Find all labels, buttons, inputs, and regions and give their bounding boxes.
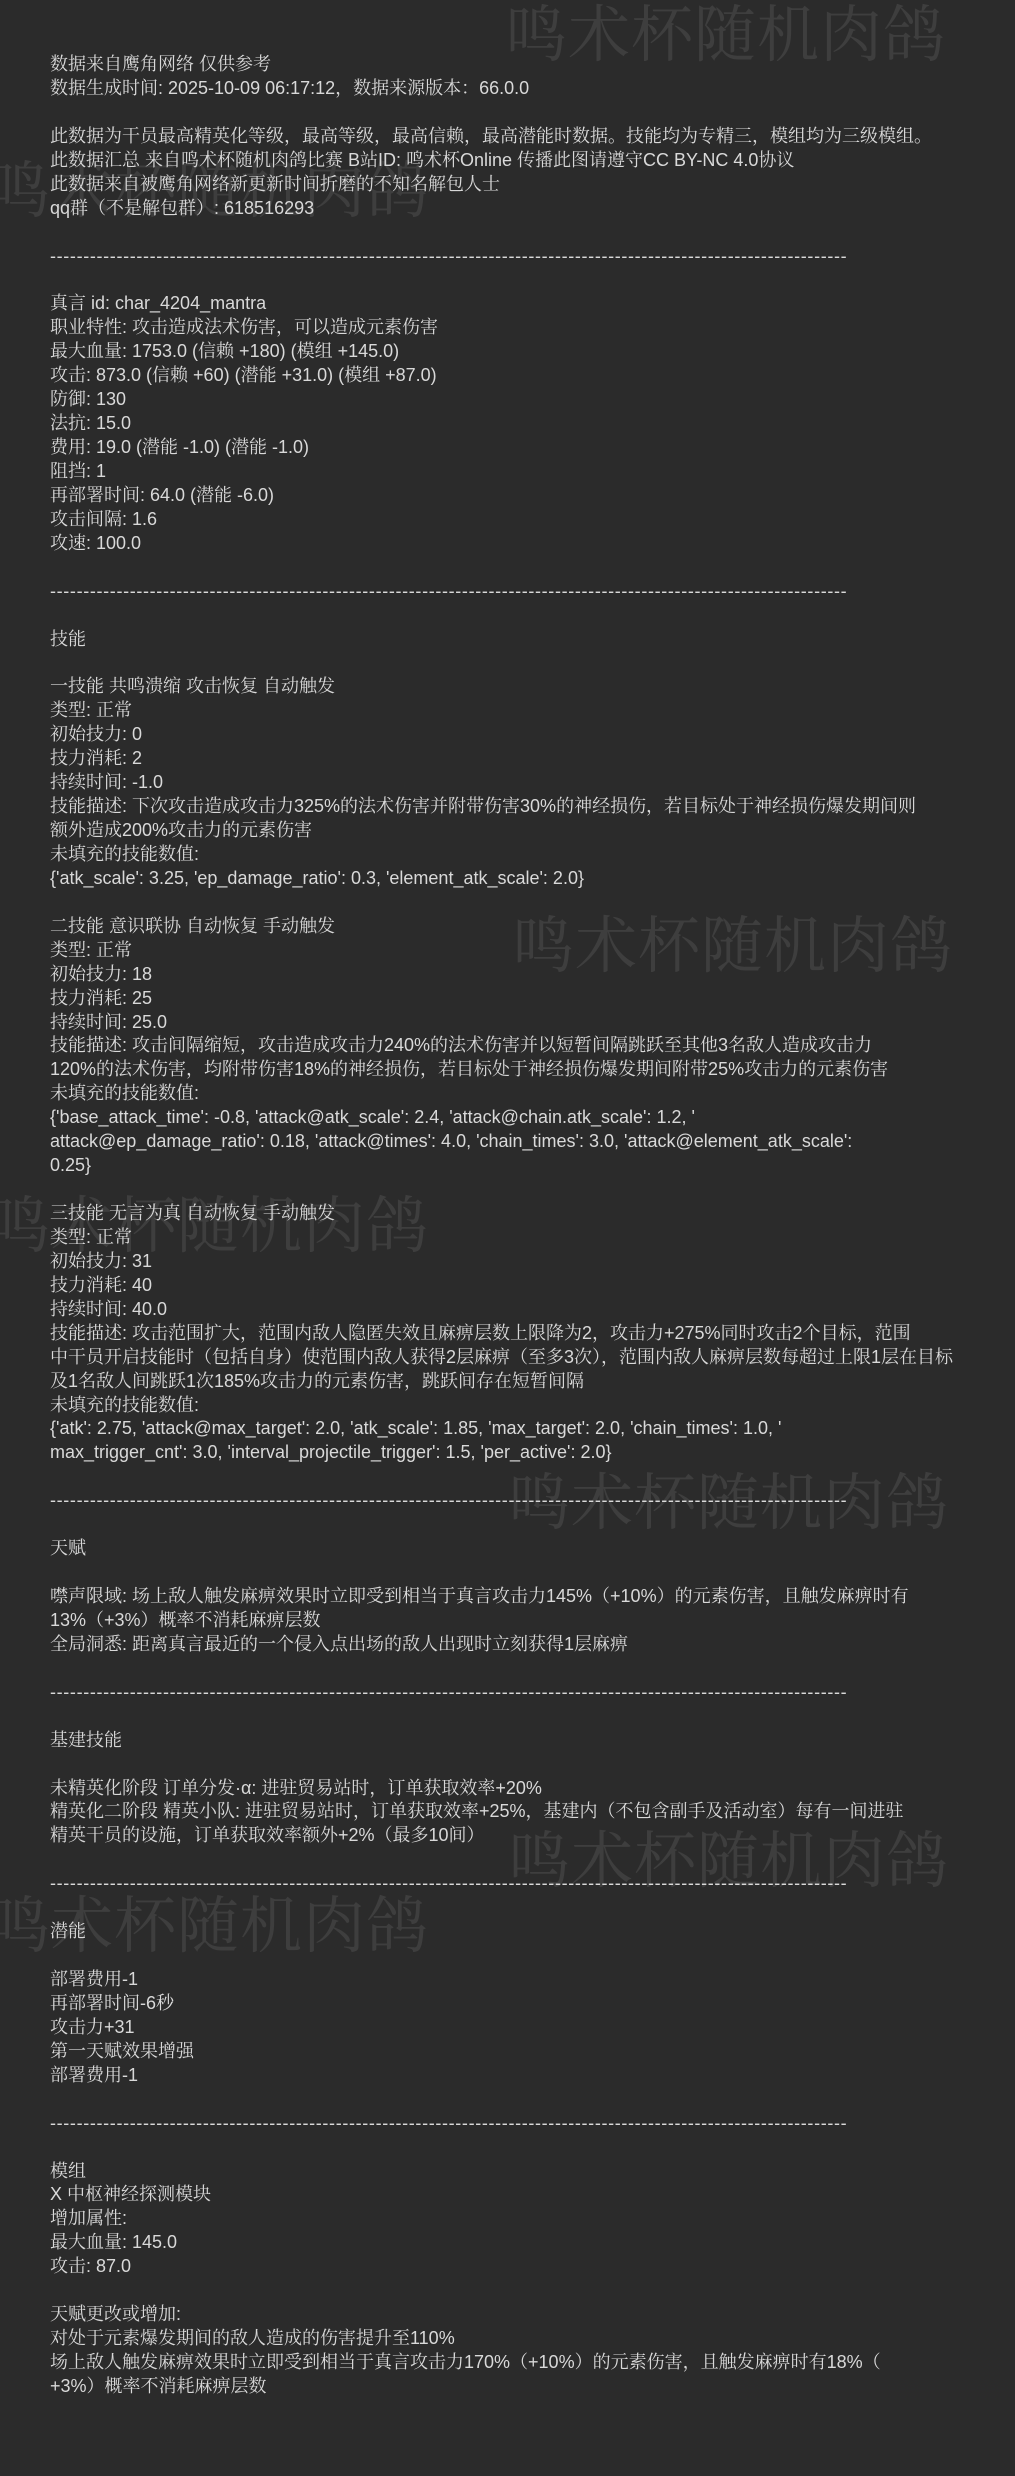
text-line: 此数据汇总 来自鸣术杯随机肉鸽比赛 B站ID: 鸣术杯Online 传播此图请遵… — [50, 149, 1010, 173]
text-line: 技能 — [50, 628, 1010, 652]
text-line: 技能描述: 攻击范围扩大，范围内敌人隐匿失效且麻痹层数上限降为2，攻击力+275… — [50, 1322, 1010, 1346]
blank-line — [50, 1513, 1010, 1537]
text-line: 数据来自鹰角网络 仅供参考 — [50, 53, 1010, 77]
text-line: 防御: 130 — [50, 388, 1010, 412]
text-line: 攻击: 87.0 — [50, 2255, 1010, 2279]
blank-line — [50, 1465, 1010, 1489]
separator-line: ----------------------------------------… — [50, 580, 1010, 604]
text-dump-page: { "window": { "width": 1015, "height": 2… — [0, 0, 1015, 2476]
text-line: 精英化二阶段 精英小队: 进驻贸易站时，订单获取效率+25%，基建内（不包含副手… — [50, 1800, 1010, 1824]
text-line: 三技能 无言为真 自动恢复 手动触发 — [50, 1202, 1010, 1226]
text-line: 攻击力+31 — [50, 2016, 1010, 2040]
text-line: 类型: 正常 — [50, 939, 1010, 963]
text-line: 120%的法术伤害，均附带伤害18%的神经损伤，若目标处于神经损伤爆发期间附带2… — [50, 1058, 1010, 1082]
text-line: {'base_attack_time': -0.8, 'attack@atk_s… — [50, 1106, 1010, 1130]
text-line: 费用: 19.0 (潜能 -1.0) (潜能 -1.0) — [50, 436, 1010, 460]
blank-line — [50, 2279, 1010, 2303]
text-line: 潜能 — [50, 1920, 1010, 1944]
text-line: 部署费用-1 — [50, 1968, 1010, 1992]
text-line: 技力消耗: 25 — [50, 987, 1010, 1011]
blank-line — [50, 1944, 1010, 1968]
text-line: 初始技力: 31 — [50, 1250, 1010, 1274]
text-line: 再部署时间-6秒 — [50, 1992, 1010, 2016]
text-line: 未填充的技能数值: — [50, 1082, 1010, 1106]
text-line: 持续时间: 40.0 — [50, 1298, 1010, 1322]
text-line: 法抗: 15.0 — [50, 412, 1010, 436]
text-line: 攻速: 100.0 — [50, 532, 1010, 556]
text-line: 天赋更改或增加: — [50, 2303, 1010, 2327]
blank-line — [50, 1705, 1010, 1729]
text-line: 技能描述: 攻击间隔缩短，攻击造成攻击力240%的法术伤害并以短暂间隔跳跃至其他… — [50, 1034, 1010, 1058]
text-line: 此数据为干员最高精英化等级，最高等级，最高信赖，最高潜能时数据。技能均为专精三，… — [50, 125, 1010, 149]
text-line: 及1名敌人间跳跃1次185%攻击力的元素伤害，跳跃间存在短暂间隔 — [50, 1370, 1010, 1394]
blank-line — [50, 1896, 1010, 1920]
text-line: 再部署时间: 64.0 (潜能 -6.0) — [50, 484, 1010, 508]
blank-line — [50, 604, 1010, 628]
text-line: 真言 id: char_4204_mantra — [50, 292, 1010, 316]
text-line: attack@ep_damage_ratio': 0.18, 'attack@t… — [50, 1130, 1010, 1154]
separator-line: ----------------------------------------… — [50, 245, 1010, 269]
text-line: 技力消耗: 2 — [50, 747, 1010, 771]
text-line: 类型: 正常 — [50, 1226, 1010, 1250]
text-line: {'atk': 2.75, 'attack@max_target': 2.0, … — [50, 1417, 1010, 1441]
text-line: 部署费用-1 — [50, 2064, 1010, 2088]
document-text: 数据来自鹰角网络 仅供参考数据生成时间: 2025-10-09 06:17:12… — [50, 53, 1010, 2399]
text-line: 全局洞悉: 距离真言最近的一个侵入点出场的敌人出现时立刻获得1层麻痹 — [50, 1633, 1010, 1657]
text-line: max_trigger_cnt': 3.0, 'interval_project… — [50, 1441, 1010, 1465]
text-line: 初始技力: 18 — [50, 963, 1010, 987]
text-line: 基建技能 — [50, 1729, 1010, 1753]
text-line: X 中枢神经探测模块 — [50, 2183, 1010, 2207]
blank-line — [50, 1561, 1010, 1585]
blank-line — [50, 1657, 1010, 1681]
text-line: 持续时间: -1.0 — [50, 771, 1010, 795]
text-line: 增加属性: — [50, 2207, 1010, 2231]
blank-line — [50, 651, 1010, 675]
blank-line — [50, 556, 1010, 580]
blank-line — [50, 1178, 1010, 1202]
text-line: 攻击间隔: 1.6 — [50, 508, 1010, 532]
blank-line — [50, 2088, 1010, 2112]
text-line: 0.25} — [50, 1154, 1010, 1178]
text-line: 13%（+3%）概率不消耗麻痹层数 — [50, 1609, 1010, 1633]
separator-line: ----------------------------------------… — [50, 2112, 1010, 2136]
text-line: 精英干员的设施，订单获取效率额外+2%（最多10间） — [50, 1824, 1010, 1848]
separator-line: ----------------------------------------… — [50, 1872, 1010, 1896]
text-line: 天赋 — [50, 1537, 1010, 1561]
text-line: {'atk_scale': 3.25, 'ep_damage_ratio': 0… — [50, 867, 1010, 891]
text-line: 第一天赋效果增强 — [50, 2040, 1010, 2064]
text-line: 数据生成时间: 2025-10-09 06:17:12，数据来源版本：66.0.… — [50, 77, 1010, 101]
blank-line — [50, 2136, 1010, 2160]
text-line: +3%）概率不消耗麻痹层数 — [50, 2375, 1010, 2399]
text-line: 技力消耗: 40 — [50, 1274, 1010, 1298]
text-line: 二技能 意识联协 自动恢复 手动触发 — [50, 915, 1010, 939]
separator-line: ----------------------------------------… — [50, 1489, 1010, 1513]
text-line: 未精英化阶段 订单分发·α: 进驻贸易站时，订单获取效率+20% — [50, 1777, 1010, 1801]
text-line: 未填充的技能数值: — [50, 1394, 1010, 1418]
blank-line — [50, 268, 1010, 292]
text-line: 持续时间: 25.0 — [50, 1011, 1010, 1035]
blank-line — [50, 1753, 1010, 1777]
text-line: 模组 — [50, 2160, 1010, 2184]
text-line: 攻击: 873.0 (信赖 +60) (潜能 +31.0) (模组 +87.0) — [50, 364, 1010, 388]
text-line: 此数据来自被鹰角网络新更新时间折磨的不知名解包人士 — [50, 173, 1010, 197]
text-line: 类型: 正常 — [50, 699, 1010, 723]
text-line: 额外造成200%攻击力的元素伤害 — [50, 819, 1010, 843]
blank-line — [50, 101, 1010, 125]
text-line: 职业特性: 攻击造成法术伤害，可以造成元素伤害 — [50, 316, 1010, 340]
text-line: 初始技力: 0 — [50, 723, 1010, 747]
blank-line — [50, 1848, 1010, 1872]
text-line: qq群（不是解包群）: 618516293 — [50, 197, 1010, 221]
blank-line — [50, 221, 1010, 245]
text-line: 阻挡: 1 — [50, 460, 1010, 484]
text-line: 中干员开启技能时（包括自身）使范围内敌人获得2层麻痹（至多3次），范围内敌人麻痹… — [50, 1346, 1010, 1370]
text-line: 未填充的技能数值: — [50, 843, 1010, 867]
text-line: 场上敌人触发麻痹效果时立即受到相当于真言攻击力170%（+10%）的元素伤害，且… — [50, 2351, 1010, 2375]
separator-line: ----------------------------------------… — [50, 1681, 1010, 1705]
text-line: 噤声限域: 场上敌人触发麻痹效果时立即受到相当于真言攻击力145%（+10%）的… — [50, 1585, 1010, 1609]
text-line: 最大血量: 145.0 — [50, 2231, 1010, 2255]
text-line: 技能描述: 下次攻击造成攻击力325%的法术伤害并附带伤害30%的神经损伤，若目… — [50, 795, 1010, 819]
text-line: 最大血量: 1753.0 (信赖 +180) (模组 +145.0) — [50, 340, 1010, 364]
text-line: 对处于元素爆发期间的敌人造成的伤害提升至110% — [50, 2327, 1010, 2351]
blank-line — [50, 891, 1010, 915]
text-line: 一技能 共鸣溃缩 攻击恢复 自动触发 — [50, 675, 1010, 699]
